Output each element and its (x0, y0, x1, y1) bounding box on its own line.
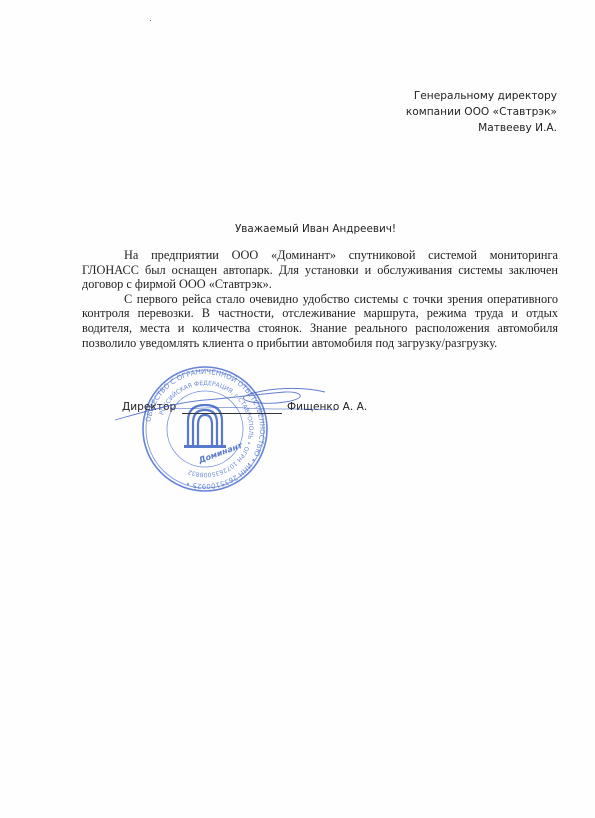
addressee-company: компании ООО «Ставтрэк» (406, 104, 557, 120)
addressee-name: Матвееву И.А. (406, 120, 557, 136)
addressee-position: Генеральному директору (406, 88, 557, 104)
salutation: Уважаемый Иван Андреевич! (0, 223, 595, 235)
scan-speck (150, 20, 151, 21)
letter-body: На предприятии ООО «Доминант» спутниково… (82, 248, 558, 350)
handwritten-signature (110, 380, 340, 430)
paragraph-1: На предприятии ООО «Доминант» спутниково… (82, 248, 558, 292)
addressee-block: Генеральному директору компании ООО «Ста… (406, 88, 557, 136)
paragraph-2: С первого рейса стало очевидно удобство … (82, 292, 558, 350)
